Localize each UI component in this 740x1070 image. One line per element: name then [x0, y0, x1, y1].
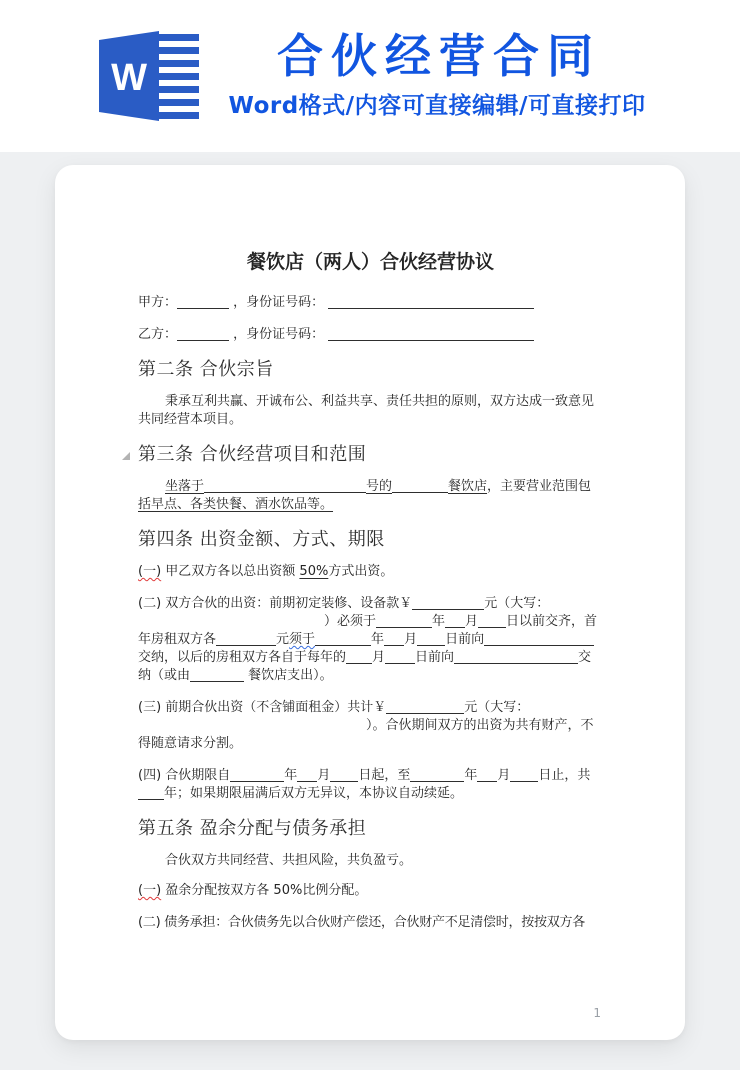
text-run: 月 [372, 650, 385, 665]
fill-in-blank [417, 632, 445, 646]
text-run: 甲方： [138, 295, 177, 310]
text-run: (三) [138, 700, 161, 715]
paragraph: 合伙双方共同经营、共担风险，共负盈亏。 [138, 852, 603, 870]
text-run: 餐饮店 [448, 479, 487, 494]
fill-in-blank [216, 632, 276, 646]
text-run: 50% [299, 564, 328, 579]
text-run: 合伙期限自 [161, 768, 230, 783]
text-run: 月 [497, 768, 510, 783]
document-body: 餐饮店（两人）合伙经营协议甲方： ，身份证号码： 乙方： ，身份证号码： 第二条… [55, 165, 685, 932]
fill-in-blank [330, 768, 358, 782]
text-run: 月 [404, 632, 417, 647]
text-run: 甲乙双方各以总出资额 [161, 564, 299, 579]
text-run: 日前向 [415, 650, 454, 665]
text-run: (二) [138, 596, 161, 611]
text-run: 括早点、各类快餐、酒水饮品等。 [138, 497, 333, 512]
text-run: ，身份证号码： [229, 295, 328, 310]
section-heading: 第三条 合伙经营项目和范围 [138, 443, 603, 466]
promo-header: W 合伙经营合同 Word格式/内容可直接编辑/可直接打印 [0, 0, 740, 152]
paragraph: 坐落于号的餐饮店，主要营业范围包括早点、各类快餐、酒水饮品等。 [138, 478, 603, 514]
text-run: 年 [284, 768, 297, 783]
text-run: 秉承互利共赢、开诚布公、利益共享、责任共担的原则，双方达成一致意见共同经营本项目… [138, 394, 594, 427]
section-heading: 第五条 盈余分配与债务承担 [138, 817, 603, 840]
promo-subtitle: Word格式/内容可直接编辑/可直接打印 [229, 87, 646, 120]
text-run: 盈余分配按双方各 50%比例分配。 [161, 883, 367, 898]
paragraph: (二) 双方合伙的出资：前期初定装修、设备款￥元（大写：）必须于年月日以前交齐，… [138, 595, 603, 685]
paragraph: (二) 债务承担：合伙债务先以合伙财产偿还，合伙财产不足清偿时，按按双方各 [138, 914, 603, 932]
document-page-card: 餐饮店（两人）合伙经营协议甲方： ，身份证号码： 乙方： ，身份证号码： 第二条… [55, 165, 685, 1040]
fill-in-blank [376, 614, 432, 628]
text-run: ，主要营业范围包 [487, 479, 591, 494]
text-run: 方式出资。 [328, 564, 393, 579]
spacer [138, 718, 366, 732]
text-run: 号的 [366, 479, 392, 494]
text-run: 月 [317, 768, 330, 783]
fill-in-blank [385, 650, 415, 664]
text-run: (四) [138, 768, 161, 783]
text-run: 日起，至 [358, 768, 410, 783]
text-run: 前期合伙出资（不含铺面租金）共计￥ [161, 700, 386, 715]
fill-in-blank [346, 650, 372, 664]
text-run: 第四条 出资金额、方式、期限 [138, 529, 385, 550]
fill-in-blank [454, 650, 578, 664]
paragraph: (四) 合伙期限自年月日起，至年月日止，共年；如果期限届满后双方无异议，本协议自… [138, 767, 603, 803]
text-run: 年 [432, 614, 445, 629]
text-run: (一) [138, 883, 161, 898]
text-run: 双方合伙的出资：前期初定装修、设备款￥ [161, 596, 412, 611]
fill-in-blank [478, 614, 506, 628]
text-run: 年；如果期限届满后双方无异议，本协议自动续延。 [164, 786, 463, 801]
text-run: (二) [138, 915, 160, 930]
text-run: 月 [465, 614, 478, 629]
paragraph: (一) 盈余分配按双方各 50%比例分配。 [138, 882, 603, 900]
word-icon-letter: W [111, 57, 147, 99]
fill-in-blank [384, 632, 404, 646]
outline-collapse-icon [122, 452, 130, 460]
fill-in-blank [477, 768, 497, 782]
fill-in-blank [204, 479, 366, 493]
fill-in-blank [230, 768, 284, 782]
text-run: 第五条 盈余分配与债务承担 [138, 818, 366, 839]
text-run: 元 [276, 632, 289, 647]
section-heading: 第二条 合伙宗旨 [138, 358, 603, 381]
fill-in-blank [315, 632, 371, 646]
fill-in-blank [138, 786, 164, 800]
text-run: 餐饮店支出）。 [244, 668, 333, 683]
paragraph: 秉承互利共赢、开诚布公、利益共享、责任共担的原则，双方达成一致意见共同经营本项目… [138, 393, 603, 429]
text-run: 元（大写： [464, 700, 529, 715]
spacer [138, 614, 324, 628]
text-run: 餐饮店（两人）合伙经营协议 [247, 251, 494, 273]
word-file-icon: W [95, 26, 205, 126]
document-title: 餐饮店（两人）合伙经营协议 [138, 250, 603, 274]
text-run: 年 [464, 768, 477, 783]
paragraph: (三) 前期合伙出资（不含铺面租金）共计￥元（大写：）。合伙期间双方的出资为共有… [138, 699, 603, 753]
text-run: 年 [371, 632, 384, 647]
fill-in-blank [412, 596, 484, 610]
party-line: 乙方： ，身份证号码： [138, 326, 603, 344]
fill-in-blank [328, 327, 534, 341]
text-run: 乙方： [138, 327, 177, 342]
text-run: 第二条 合伙宗旨 [138, 359, 274, 380]
fill-in-blank [190, 668, 244, 682]
fill-in-blank [410, 768, 464, 782]
section-heading: 第四条 出资金额、方式、期限 [138, 528, 603, 551]
paragraph: (一) 甲乙双方各以总出资额 50%方式出资。 [138, 563, 603, 581]
fill-in-blank [297, 768, 317, 782]
party-line: 甲方： ，身份证号码： [138, 294, 603, 312]
text-run: ，身份证号码： [229, 327, 328, 342]
fill-in-blank [484, 632, 594, 646]
fill-in-blank [177, 327, 229, 341]
text-run: ）必须于 [324, 614, 376, 629]
promo-brand: 合伙经营合同 Word格式/内容可直接编辑/可直接打印 [229, 32, 646, 120]
text-run: 坐落于 [165, 479, 204, 494]
text-run: 日止，共 [538, 768, 590, 783]
text-run: 日前向 [445, 632, 484, 647]
text-run: 交纳，以后的房租双方各自于每年的 [138, 650, 346, 665]
fill-in-blank [392, 479, 448, 493]
fill-in-blank [177, 295, 229, 309]
text-run: 须于 [289, 632, 315, 647]
promo-title: 合伙经营合同 [273, 32, 601, 82]
text-run: (一) [138, 564, 161, 579]
fill-in-blank [445, 614, 465, 628]
page-number: 1 [593, 1006, 601, 1020]
fill-in-blank [386, 700, 464, 714]
text-run: 债务承担：合伙债务先以合伙财产偿还，合伙财产不足清偿时，按按双方各 [160, 915, 585, 930]
text-run: 合伙双方共同经营、共担风险，共负盈亏。 [165, 853, 412, 868]
text-run: 第三条 合伙经营项目和范围 [138, 444, 366, 465]
fill-in-blank [510, 768, 538, 782]
fill-in-blank [328, 295, 534, 309]
text-run: 元（大写： [484, 596, 549, 611]
